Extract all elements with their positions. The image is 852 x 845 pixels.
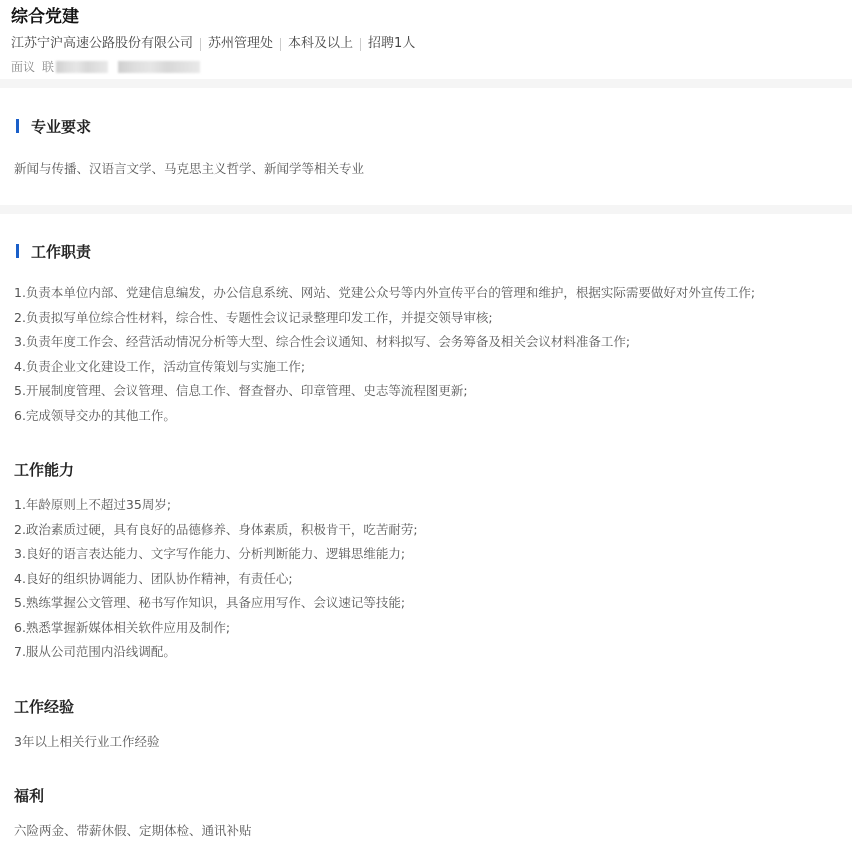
contact-label: 联	[42, 59, 54, 75]
section-duties: 工作职责 1.负责本单位内部、党建信息编发，办公信息系统、网站、党建公众号等内外…	[0, 214, 852, 844]
location: 苏州管理处	[208, 35, 273, 53]
job-header: 综合党建 江苏宁沪高速公路股份有限公司 苏州管理处 本科及以上 招聘1人 面议 …	[0, 0, 852, 79]
list-item: 6.熟悉掌握新媒体相关软件应用及制作;	[14, 616, 838, 641]
salary-contact-row: 面议 联	[11, 59, 852, 75]
list-item: 4.良好的组织协调能力、团队协作精神，有责任心;	[14, 567, 838, 592]
meta-divider	[360, 38, 361, 51]
meta-divider	[280, 38, 281, 51]
meta-divider	[200, 38, 201, 51]
major-text: 新闻与传播、汉语言文学、马克思主义哲学、新闻学等相关专业	[14, 157, 838, 182]
benefits-text: 六险两金、带薪休假、定期体检、通讯补贴	[14, 819, 838, 844]
redacted-contact	[118, 61, 200, 73]
section-title: 福利	[14, 785, 838, 807]
accent-bar	[16, 244, 19, 258]
section-title: 专业要求	[31, 116, 91, 137]
education: 本科及以上	[288, 35, 353, 53]
job-meta: 江苏宁沪高速公路股份有限公司 苏州管理处 本科及以上 招聘1人	[11, 35, 852, 53]
list-item: 4.负责企业文化建设工作，活动宣传策划与实施工作;	[14, 355, 838, 380]
list-item: 5.熟练掌握公文管理、秘书写作知识，具备应用写作、会议速记等技能;	[14, 591, 838, 616]
section-divider	[0, 79, 852, 88]
duties-list: 1.负责本单位内部、党建信息编发，办公信息系统、网站、党建公众号等内外宣传平台的…	[14, 281, 838, 428]
redacted-contact	[56, 61, 108, 73]
list-item: 7.服从公司范围内沿线调配。	[14, 640, 838, 665]
list-item: 6.完成领导交办的其他工作。	[14, 404, 838, 429]
headcount: 招聘1人	[368, 35, 415, 53]
list-item: 5.开展制度管理、会议管理、信息工作、督查督办、印章管理、史志等流程图更新;	[14, 379, 838, 404]
company-name[interactable]: 江苏宁沪高速公路股份有限公司	[11, 35, 193, 53]
experience-text: 3年以上相关行业工作经验	[14, 730, 838, 755]
list-item: 1.负责本单位内部、党建信息编发，办公信息系统、网站、党建公众号等内外宣传平台的…	[14, 281, 838, 306]
section-title: 工作能力	[14, 459, 838, 481]
section-major: 专业要求 新闻与传播、汉语言文学、马克思主义哲学、新闻学等相关专业	[0, 88, 852, 205]
section-header: 工作职责	[14, 240, 838, 262]
salary: 面议	[11, 59, 35, 75]
ability-list: 1.年龄原则上不超过35周岁; 2.政治素质过硬，具有良好的品德修养、身体素质，…	[14, 493, 838, 665]
job-title: 综合党建	[11, 6, 852, 28]
list-item: 2.负责拟写单位综合性材料，综合性、专题性会议记录整理印发工作，并提交领导审核;	[14, 306, 838, 331]
section-divider	[0, 205, 852, 214]
list-item: 2.政治素质过硬，具有良好的品德修养、身体素质，积极肯干，吃苦耐劳;	[14, 518, 838, 543]
list-item: 3.负责年度工作会、经营活动情况分析等大型、综合性会议通知、材料拟写、会务筹备及…	[14, 330, 838, 355]
list-item: 1.年龄原则上不超过35周岁;	[14, 493, 838, 518]
section-header: 专业要求	[14, 115, 838, 137]
accent-bar	[16, 119, 19, 133]
list-item: 3.良好的语言表达能力、文字写作能力、分析判断能力、逻辑思维能力;	[14, 542, 838, 567]
section-title: 工作经验	[14, 696, 838, 718]
section-title: 工作职责	[31, 241, 91, 262]
